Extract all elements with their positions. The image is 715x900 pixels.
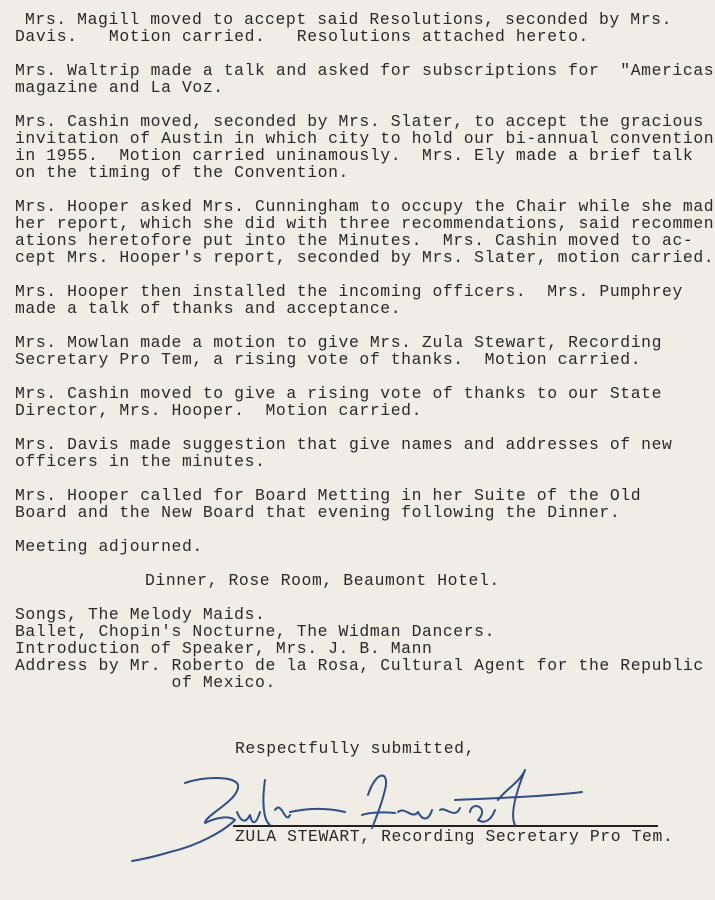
paragraph-3-line-4: on the timing of the Convention. <box>15 165 349 182</box>
dinner-heading: Dinner, Rose Room, Beaumont Hotel. <box>145 573 500 590</box>
typed-signature: ZULA STEWART, Recording Secretary Pro Te… <box>235 829 673 846</box>
paragraph-8-line-2: officers in the minutes. <box>15 454 265 471</box>
paragraph-2-line-2: magazine and La Voz. <box>15 80 224 97</box>
program-item-4-cont: of Mexico. <box>15 675 276 692</box>
paragraph-7-line-2: Director, Mrs. Hooper. Motion carried. <box>15 403 422 420</box>
paragraph-adjourned: Meeting adjourned. <box>15 539 203 556</box>
paragraph-5-line-2: made a talk of thanks and acceptance. <box>15 301 401 318</box>
closing: Respectfully submitted, <box>235 741 475 758</box>
paragraph-6-line-2: Secretary Pro Tem, a rising vote of than… <box>15 352 641 369</box>
paragraph-9-line-2: Board and the New Board that evening fol… <box>15 505 620 522</box>
document-page: Mrs. Magill moved to accept said Resolut… <box>0 0 715 900</box>
paragraph-1-line-2: Davis. Motion carried. Resolutions attac… <box>15 29 589 46</box>
paragraph-4-line-4: cept Mrs. Hooper's report, seconded by M… <box>15 250 714 267</box>
